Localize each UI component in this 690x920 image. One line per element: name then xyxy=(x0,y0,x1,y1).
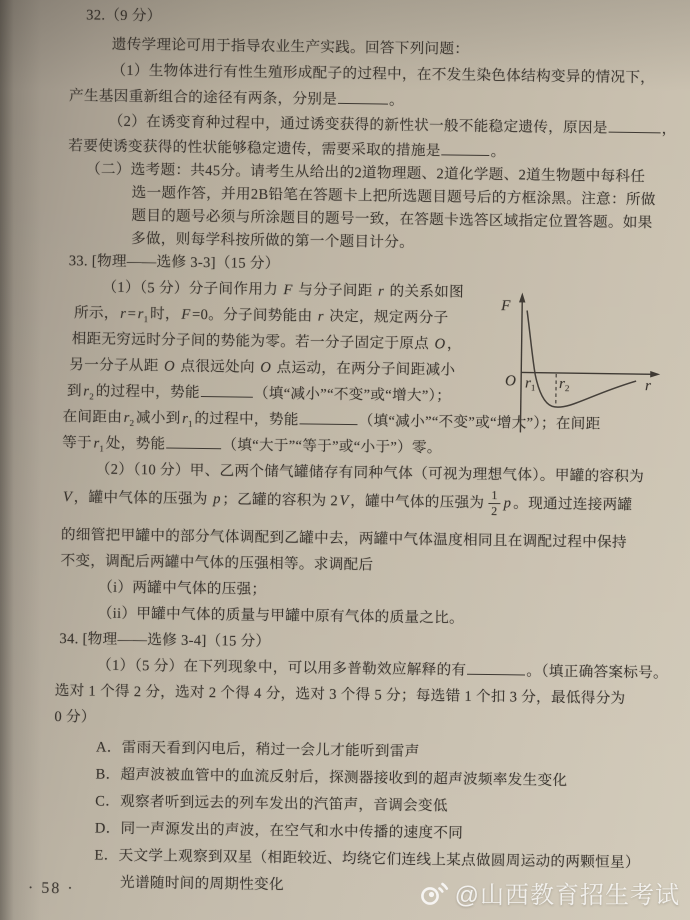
text-segment: （2）（10 分）甲、乙两个储气罐储存有同种气体（可视为理想气体）。甲罐的容积为 xyxy=(96,462,644,486)
text-segment: 等于 xyxy=(62,435,92,451)
answer-blank xyxy=(442,141,490,156)
text-line: C．观察者听到远去的列车发出的汽笛声，音调会变低 xyxy=(95,791,448,818)
text-segment: 产生基因重新组合的途径有两条，分别是 xyxy=(69,88,337,108)
text-segment: ，罐中气体的压强为 xyxy=(74,490,212,508)
text-line: 的细管把甲罐中的部分气体调配到乙罐中去，两罐中气体温度相同且在调配过程中保持 xyxy=(61,524,627,554)
text-segment: C．观察者听到远去的列车发出的汽笛声，音调会变低 xyxy=(95,794,448,815)
text-line: （2）（10 分）甲、乙两个储气罐储存有同种气体（可视为理想气体）。甲罐的容积为 xyxy=(96,459,645,489)
text-segment: 。现通过连接两罐 xyxy=(513,496,632,514)
text-segment: 减小到 xyxy=(136,410,181,427)
text-segment: 的过程中，势能 xyxy=(96,384,200,401)
math-variable: r xyxy=(119,306,128,322)
text-segment: 。（填正确答案标号。 xyxy=(526,664,668,682)
math-variable: p xyxy=(212,492,223,508)
r1-label: r1 xyxy=(525,376,536,393)
force-distance-graph: F O r r1 r2 xyxy=(490,290,690,441)
math-variable: O xyxy=(433,336,447,352)
text-segment: 决定，规定两分子 xyxy=(325,309,448,327)
text-segment: （2）在诱变育种过程中，通过诱变获得的新性状一般不能稳定遗传，原因是 xyxy=(109,114,608,137)
text-line: 33. [物理——选修 3-3]（15 分） xyxy=(69,250,280,275)
origin-label: O xyxy=(505,373,516,389)
text-segment: 与分子间距 xyxy=(294,282,377,299)
text-segment: 光谱随时间的周期性变化 xyxy=(120,875,284,893)
answer-blank xyxy=(467,661,525,676)
text-line: D．同一声源发出的声波，在空气和水中传播的速度不同 xyxy=(95,818,464,845)
text-line: 多做，则每学科按所做的第一个题目计分。 xyxy=(131,228,414,254)
text-segment: 的关系如图 xyxy=(385,284,464,301)
math-variable: V xyxy=(61,489,73,505)
math-variable: O xyxy=(162,358,176,374)
text-segment: 处，势能 xyxy=(106,436,166,453)
text-line: （1）生物体进行有性生殖形成配子的过程中，在不发生染色体结构变异的情况下， xyxy=(111,60,655,90)
answer-blank xyxy=(338,90,388,105)
text-segment: A．雷雨天看到闪电后，稍过一会儿才能听到雷声 xyxy=(96,740,420,761)
f-axis-arrow xyxy=(519,292,526,302)
text-segment: 选一题作答，并用2B铅笔在答题卡上把所选题目题号后的方框涂黑。注意：所做 xyxy=(132,185,656,208)
text-segment: =0。分子间势能由 xyxy=(192,307,317,325)
graph-svg: F O r r1 r2 xyxy=(490,290,690,441)
text-segment: 所示， xyxy=(74,305,119,322)
math-variable-subscript: r1 xyxy=(136,306,150,322)
text-segment: （1）（5 分）在下列现象中，可以用多普勒效应解释的有 xyxy=(97,658,466,679)
answer-blank xyxy=(609,119,661,134)
text-segment: 遗传学理论可用于指导农业生产实践。回答下列问题： xyxy=(112,37,470,58)
text-segment: （填“减小”“不变”或“增大”）； xyxy=(254,386,451,405)
math-variable-subscript: r2 xyxy=(122,410,136,426)
text-line: 所示，r=r1时，F=0。分子间势能由 r 决定，规定两分子 xyxy=(74,302,449,329)
f-axis xyxy=(520,298,522,432)
text-segment: ，罐中气体的压强为 xyxy=(350,494,484,512)
text-line: 产生基因重新组合的途径有两条，分别是。 xyxy=(69,85,404,112)
exam-paper-photo: 32.（9 分）遗传学理论可用于指导农业生产实践。回答下列问题：（1）生物体进行… xyxy=(0,0,690,920)
text-segment: 另一分子从距 xyxy=(69,357,163,374)
r-axis xyxy=(521,372,654,374)
weibo-icon xyxy=(418,879,450,907)
text-segment: （i）两罐中气体的压强； xyxy=(98,580,266,598)
text-line: A．雷雨天看到闪电后，稍过一会儿才能听到雷声 xyxy=(96,737,420,764)
text-line: 另一分子从距 O 点很远处向 O 点运动，在两分子间距减小 xyxy=(69,354,455,381)
text-segment: （1）生物体进行有性生殖形成配子的过程中，在不发生染色体结构变异的情况下， xyxy=(111,63,655,87)
math-variable-subscript: r1 xyxy=(181,411,195,427)
watermark: @山西教育招生考试 xyxy=(418,875,680,910)
text-segment: ， xyxy=(662,121,677,137)
page-number: · 58 · xyxy=(28,880,75,899)
text-segment: 在间距由 xyxy=(62,409,122,426)
text-segment: 。 xyxy=(389,93,404,109)
math-variable: F xyxy=(282,282,294,298)
r2-label: r2 xyxy=(559,376,570,393)
answer-blank xyxy=(166,435,221,450)
text-segment: 时， xyxy=(150,306,180,322)
math-variable: F xyxy=(180,307,192,323)
exam-content: 32.（9 分）遗传学理论可用于指导农业生产实践。回答下列问题：（1）生物体进行… xyxy=(0,0,690,920)
text-segment: 不变，调配后两罐中气体的压强相等。求调配后 xyxy=(60,553,373,573)
text-segment: 点运动，在两分子间距减小 xyxy=(273,360,456,379)
text-segment: 相距无穷远时分子间的势能为零。若一分子固定于原点 xyxy=(72,331,434,352)
text-segment: 。 xyxy=(491,144,506,160)
text-line: 光谱随时间的周期性变化 xyxy=(120,872,284,896)
text-segment: 33. [物理——选修 3-3]（15 分） xyxy=(69,253,280,272)
text-line: 32.（9 分） xyxy=(86,4,162,27)
text-line: 选对 1 个得 2 分，选对 2 个得 4 分，选对 3 个得 5 分；每选错 … xyxy=(55,680,626,710)
text-segment: D．同一声源发出的声波，在空气和水中传播的速度不同 xyxy=(95,821,463,842)
math-variable-subscript: r2 xyxy=(82,383,96,399)
text-segment: ， xyxy=(447,336,462,352)
text-line: （1）（5 分）在下列现象中，可以用多普勒效应解释的有。（填正确答案标号。 xyxy=(97,655,668,685)
text-segment: 的过程中，势能 xyxy=(194,411,298,428)
text-segment: （填“大于”“等于”或“小于”）零。 xyxy=(222,437,442,456)
text-line: B．超声波被血管中的血流反射后，探测器接收到的超声波频率发生变化 xyxy=(95,764,567,793)
text-segment: 多做，则每学科按所做的第一个题目计分。 xyxy=(131,231,414,251)
f-axis-label: F xyxy=(500,298,511,314)
text-line: 相距无穷远时分子间的势能为零。若一分子固定于原点 O， xyxy=(72,328,462,355)
text-line: 0 分） xyxy=(54,706,96,729)
text-segment: （1）（5 分）分子间作用力 xyxy=(102,280,282,299)
text-line: （1）（5 分）分子间作用力 F 与分子间距 r 的关系如图 xyxy=(102,277,464,304)
text-segment: E．天文学上观察到双星（相距较近、均绕它们连线上某点做圆周运动的两颗恒星） xyxy=(94,848,640,872)
text-segment: ；乙罐的容积为 2 xyxy=(222,492,338,510)
text-line: （ii）甲罐中气体的质量与甲罐中原有气体的质量之比。 xyxy=(98,603,464,630)
text-line: 到r2的过程中，势能（填“减小”“不变”或“增大”）； xyxy=(67,380,451,407)
text-line: V，罐中气体的压强为 p；乙罐的容积为 2V，罐中气体的压强为12p。现通过连接… xyxy=(61,484,632,520)
answer-blank xyxy=(300,410,358,425)
text-segment: 0 分） xyxy=(54,709,96,726)
text-segment: 到 xyxy=(67,383,82,399)
text-segment: 点很远处向 xyxy=(176,359,259,376)
text-segment: 选对 1 个得 2 分，选对 2 个得 4 分，选对 3 个得 5 分；每选错 … xyxy=(55,683,626,707)
answer-blank xyxy=(201,383,253,398)
question-text-block: 32.（9 分）遗传学理论可用于指导农业生产实践。回答下列问题：（1）生物体进行… xyxy=(6,0,690,5)
r-axis-label: r xyxy=(645,378,651,394)
text-segment: （ii）甲罐中气体的质量与甲罐中原有气体的质量之比。 xyxy=(98,606,464,627)
text-line: 遗传学理论可用于指导农业生产实践。回答下列问题： xyxy=(112,34,470,61)
text-segment: 34. [物理——选修 3-4]（15 分） xyxy=(59,631,270,650)
text-segment: 若要使诱变获得的性状能够稳定遗传，需要采取的措施是 xyxy=(68,138,441,159)
math-variable: O xyxy=(259,360,273,376)
r-axis-arrow xyxy=(650,371,660,378)
text-segment: 题目的题号必须与所涂题目的题号一致，在答题卡选答区域指定位置答题。如果 xyxy=(131,208,652,231)
force-curve xyxy=(526,311,637,409)
text-line: （i）两罐中气体的压强； xyxy=(98,577,266,601)
text-line: 不变，调配后两罐中气体的压强相等。求调配后 xyxy=(60,550,373,576)
math-variable: V xyxy=(338,493,350,509)
text-line: 34. [物理——选修 3-4]（15 分） xyxy=(59,628,270,653)
watermark-text: @山西教育招生考试 xyxy=(455,875,680,910)
math-variable-subscript: r1 xyxy=(92,435,106,451)
text-segment: B．超声波被血管中的血流反射后，探测器接收到的超声波频率发生变化 xyxy=(95,767,567,790)
text-segment: 32.（9 分） xyxy=(86,7,162,24)
text-line: 等于r1处，势能（填“大于”“等于”或“小于”）零。 xyxy=(62,432,442,459)
text-line: E．天文学上观察到双星（相距较近、均绕它们连线上某点做圆周运动的两颗恒星） xyxy=(94,845,640,875)
math-fraction: 12p xyxy=(484,495,513,511)
text-segment: 的细管把甲罐中的部分气体调配到乙罐中去，两罐中气体温度相同且在调配过程中保持 xyxy=(61,527,627,551)
